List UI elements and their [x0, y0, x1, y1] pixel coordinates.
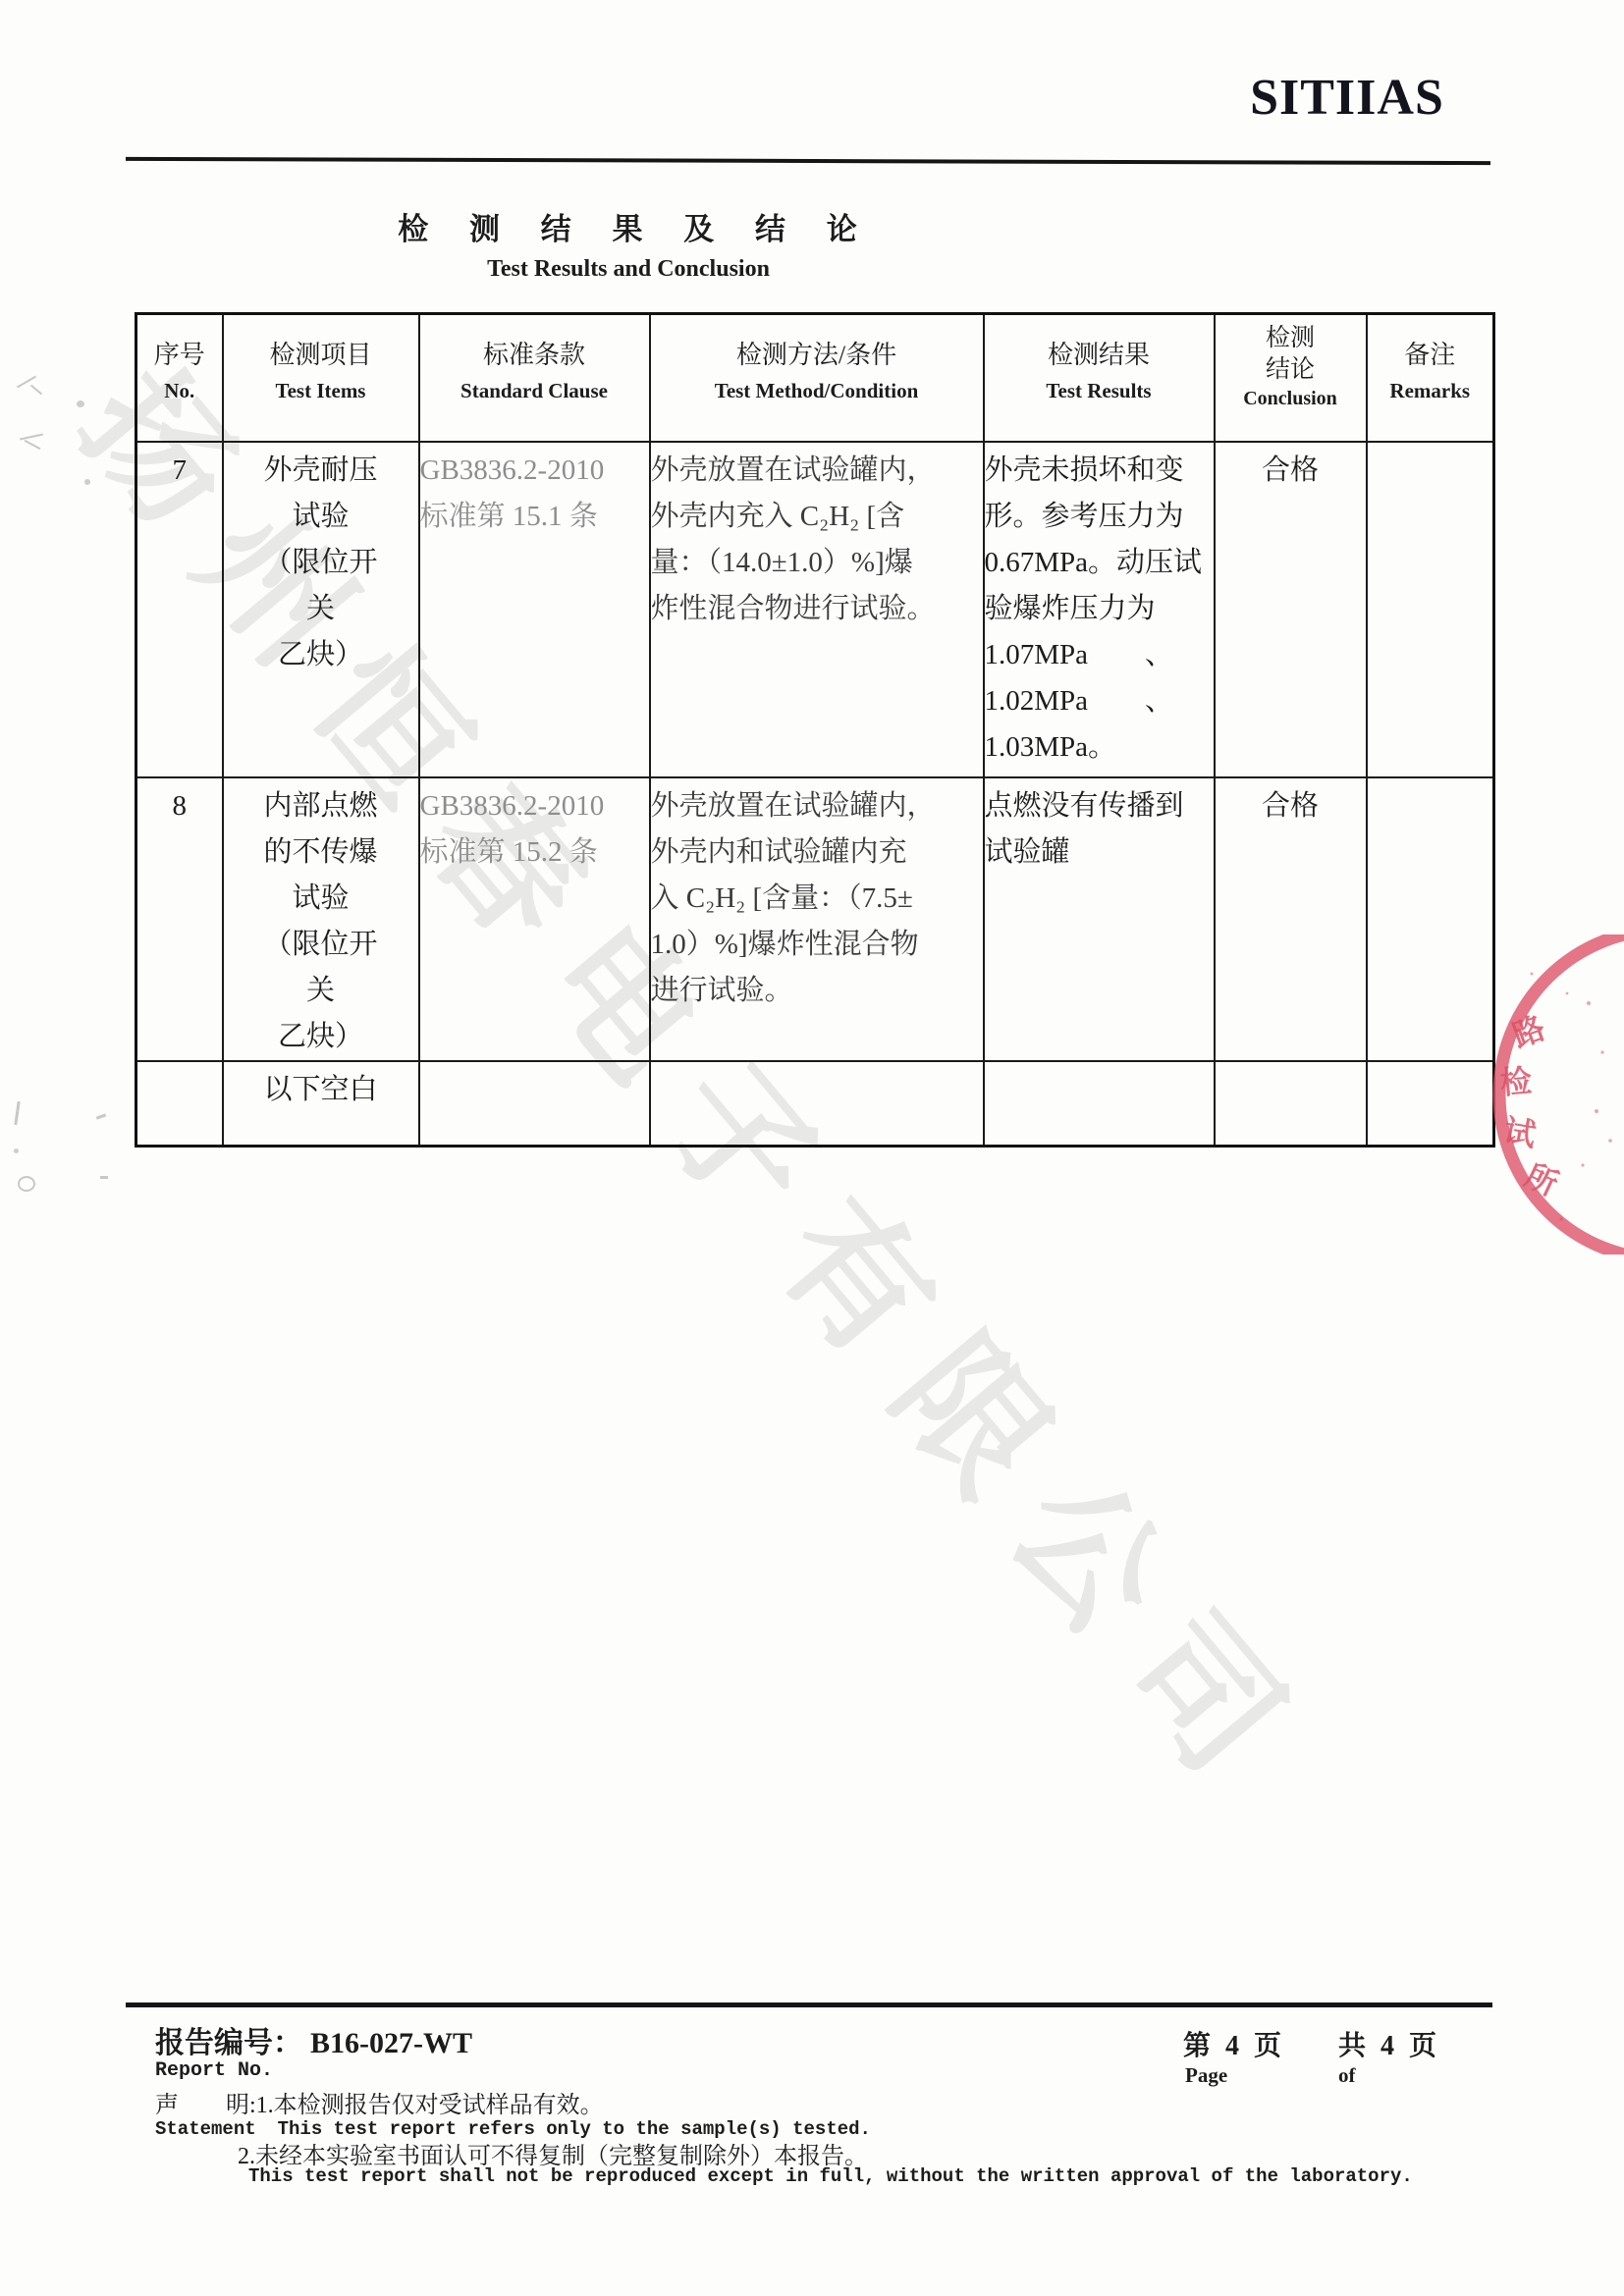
header-results-zh: 检测结果 [985, 335, 1214, 371]
scan-artifact [100, 1176, 108, 1179]
table-row-blank: 以下空白 [136, 1061, 1494, 1147]
header-conclusion-zh: 检测 结论 [1216, 323, 1366, 386]
cell-test-result: 外壳未损坏和变 形。参考压力为 0.67MPa。动压试 验爆炸压力为 1.07M… [984, 442, 1215, 777]
cell-no: 8 [136, 777, 223, 1061]
header-conclusion-en: Conclusion [1216, 388, 1366, 410]
header-results-en: Test Results [985, 379, 1214, 403]
cell-test-method: 外壳放置在试验罐内， 外壳内充入 C₂H₂ [含 量：（14.0±1.0）%]爆… [650, 442, 984, 777]
of-label-en: of [1338, 2063, 1356, 2088]
header-test-results: 检测结果 Test Results [984, 314, 1215, 442]
page-number-current: 第 4 页 [1183, 2024, 1281, 2063]
header-method-zh: 检测方法/条件 [651, 335, 983, 371]
scan-artifact [18, 1176, 35, 1192]
cell-test-method [650, 1061, 984, 1147]
header-clause-zh: 标准条款 [420, 335, 649, 371]
header-no-en: No. [137, 379, 222, 403]
header-items-en: Test Items [224, 379, 418, 403]
page-label-en: Page [1185, 2063, 1227, 2088]
page-subtitle: Test Results and Conclusion [0, 256, 1257, 283]
statement-line-2-en: This test report shall not be reproduced… [248, 2165, 1413, 2187]
scan-artifact [84, 479, 90, 485]
report-number-value: B16-027-WT [310, 2027, 472, 2059]
scan-artifact [20, 434, 43, 441]
footer-divider [126, 2002, 1492, 2007]
red-seal-stamp: 路 检 试 所 [1473, 934, 1624, 1255]
header-remarks-en: Remarks [1368, 379, 1493, 403]
cell-remarks [1367, 442, 1494, 777]
cell-test-item: 外壳耐压 试验 （限位开 关 乙炔） [223, 442, 419, 777]
stamp-char: 检 [1498, 1063, 1533, 1101]
cell-standard-clause [419, 1061, 650, 1147]
cell-test-result [984, 1061, 1215, 1147]
cell-conclusion: 合格 [1215, 442, 1367, 777]
report-number-label: 报告编号： [155, 2027, 302, 2059]
report-number-line: 报告编号：B16-027-WT [155, 2018, 472, 2061]
header-standard-clause: 标准条款 Standard Clause [419, 314, 650, 442]
cell-standard-clause: GB3836.2-2010 标准第 15.2 条 [419, 777, 650, 1061]
cell-blank-note: 以下空白 [223, 1061, 419, 1147]
scan-artifact [25, 440, 41, 450]
header-clause-en: Standard Clause [420, 379, 649, 403]
cell-conclusion [1215, 1061, 1367, 1147]
scan-artifact [96, 1113, 106, 1119]
scan-artifact [77, 400, 84, 407]
title-block: 检 测 结 果 及 结 论 Test Results and Conclusio… [0, 204, 1257, 283]
statement-line-1-zh: 声 明:1.本检测报告仅对受试样品有效。 [155, 2085, 604, 2119]
header-remarks-zh: 备注 [1368, 335, 1493, 371]
cell-test-item: 内部点燃 的不传爆 试验 （限位开 关 乙炔） [223, 777, 419, 1061]
header-no-zh: 序号 [137, 335, 222, 371]
page-number-total: 共 4 页 [1338, 2024, 1436, 2063]
header-test-items: 检测项目 Test Items [223, 314, 419, 442]
header-conclusion: 检测 结论 Conclusion [1215, 314, 1367, 442]
cell-test-method: 外壳放置在试验罐内， 外壳内和试验罐内充 入 C₂H₂ [含量：（7.5± 1.… [650, 777, 984, 1061]
cell-test-result: 点燃没有传播到 试验罐 [984, 777, 1215, 1061]
scan-artifact [30, 385, 42, 396]
test-results-table: 序号 No. 检测项目 Test Items 标准条款 Standard Cla… [135, 312, 1495, 1148]
report-page: 扬州恒春电子有限公司 SITIIAS 检 测 结 果 及 结 论 Test Re… [0, 0, 1624, 2296]
scan-artifact [14, 1148, 19, 1153]
cell-conclusion: 合格 [1215, 777, 1367, 1061]
table-row-8: 8 内部点燃 的不传爆 试验 （限位开 关 乙炔） GB3836.2-2010 … [136, 777, 1494, 1061]
statement-label-zh: 声 明: [155, 2093, 256, 2118]
header-no: 序号 No. [136, 314, 223, 442]
header-test-method: 检测方法/条件 Test Method/Condition [650, 314, 984, 442]
page-title: 检 测 结 果 及 结 论 [0, 204, 1257, 248]
cell-no: 7 [136, 442, 223, 777]
header-items-zh: 检测项目 [224, 335, 418, 371]
statement-1-zh: 1.本检测报告仅对受试样品有效。 [256, 2093, 604, 2118]
cell-no [136, 1061, 223, 1147]
header-divider [126, 157, 1490, 165]
cell-standard-clause: GB3836.2-2010 标准第 15.1 条 [419, 442, 650, 777]
lab-logo: SITIIAS [1227, 69, 1467, 127]
stamp-char: 试 [1501, 1112, 1539, 1152]
header-method-en: Test Method/Condition [651, 379, 983, 403]
scan-artifact [14, 1101, 20, 1125]
table-row-7: 7 外壳耐压 试验 （限位开 关 乙炔） GB3836.2-2010 标准第 1… [136, 442, 1494, 777]
header-remarks: 备注 Remarks [1367, 314, 1494, 442]
report-number-label-en: Report No. [155, 2059, 273, 2082]
table-header-row: 序号 No. 检测项目 Test Items 标准条款 Standard Cla… [136, 314, 1494, 442]
